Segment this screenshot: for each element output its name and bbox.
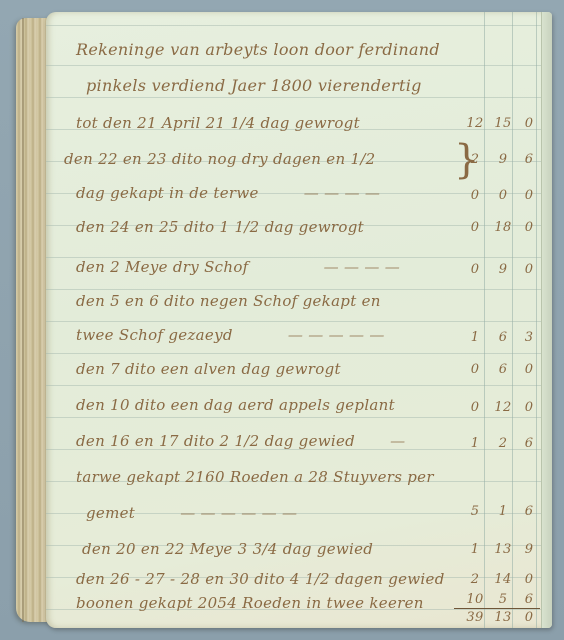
amount-penningen: 6 — [518, 592, 540, 607]
amount-guldens: 2 — [464, 572, 486, 587]
amount-stuivers: 12 — [492, 400, 514, 415]
amount-penningen: 9 — [518, 542, 540, 557]
amount-guldens: 2 — [464, 152, 486, 167]
ledger-title-line-1: Rekeninge van arbeyts loon door ferdinan… — [76, 40, 440, 59]
amount-stuivers: 2 — [492, 436, 514, 451]
column-rule-guldens — [484, 12, 485, 628]
ledger-entry: den 16 en 17 dito 2 1/2 dag gewied — — [76, 432, 405, 450]
amount-penningen: 0 — [518, 262, 540, 277]
amount-stuivers: 9 — [492, 262, 514, 277]
amount-penningen: 0 — [518, 116, 540, 131]
amount-stuivers: 5 — [492, 592, 514, 607]
ledger-entry-text: den 24 en 25 dito 1 1/2 dag gewrogt — [76, 218, 364, 236]
ledger-entry: twee Schof gezaeyd — — — — — — [76, 326, 385, 344]
amount-stuivers: 6 — [492, 330, 514, 345]
ledger-entry: den 2 Meye dry Schof — — — — — [76, 258, 400, 276]
amount-guldens: 0 — [464, 362, 486, 377]
ledger-entry-text: den 26 - 27 - 28 en 30 dito 4 1/2 dagen … — [76, 570, 445, 588]
amount-penningen: 0 — [518, 362, 540, 377]
dash-leader: — — — — — — [288, 326, 385, 344]
amount-guldens: 0 — [464, 262, 486, 277]
page-right-edge — [541, 12, 552, 628]
amount-penningen: 6 — [518, 504, 540, 519]
amount-guldens: 10 — [464, 592, 486, 607]
total-guldens: 39 — [464, 610, 486, 625]
ruled-lines — [46, 12, 552, 628]
amount-guldens: 12 — [464, 116, 486, 131]
amount-penningen: 6 — [518, 436, 540, 451]
amount-penningen: 6 — [518, 152, 540, 167]
ledger-entry-text: gemet — [86, 504, 135, 522]
ledger-entry-text: den 20 en 22 Meye 3 3/4 dag gewied — [82, 540, 373, 558]
amount-guldens: 1 — [464, 436, 486, 451]
amount-penningen: 0 — [518, 188, 540, 203]
ledger-entry: gemet — — — — — — — [86, 504, 297, 522]
amount-guldens: 0 — [464, 188, 486, 203]
ledger-entry-text: den 22 en 23 dito nog dry dagen en 1/2 — [64, 150, 376, 168]
ledger-title-line-2: pinkels verdiend Jaer 1800 vierendertig — [86, 76, 422, 95]
ledger-entry-text: tarwe gekapt 2160 Roeden a 28 Stuyvers p… — [76, 468, 434, 486]
amount-stuivers: 14 — [492, 572, 514, 587]
amount-penningen: 0 — [518, 400, 540, 415]
amount-stuivers: 6 — [492, 362, 514, 377]
amount-penningen: 0 — [518, 220, 540, 235]
ledger-entry-text: den 2 Meye dry Schof — [76, 258, 249, 276]
ledger-entry-text: tot den 21 April 21 1/4 dag gewrogt — [76, 114, 360, 132]
ledger-entry-text: den 16 en 17 dito 2 1/2 dag gewied — [76, 432, 355, 450]
total-penningen: 0 — [518, 610, 540, 625]
amount-guldens: 1 — [464, 542, 486, 557]
amount-guldens: 0 — [464, 220, 486, 235]
ledger-entry-text: dag gekapt in de terwe — [76, 184, 259, 202]
ledger-entry-text: den 5 en 6 dito negen Schof gekapt en — [76, 292, 381, 310]
total-stuivers: 13 — [492, 610, 514, 625]
dash-leader: — — — — — [324, 258, 400, 276]
amount-penningen: 3 — [518, 330, 540, 345]
column-rule-penningen — [536, 12, 537, 628]
dash-leader: — — — — — — — [180, 504, 297, 522]
amount-stuivers: 9 — [492, 152, 514, 167]
ledger-entry-text: den 10 dito een dag aerd appels geplant — [76, 396, 395, 414]
dash-leader: — — [390, 432, 405, 450]
ledger-entry: dag gekapt in de terwe — — — — — [76, 184, 380, 202]
total-underline — [454, 608, 540, 609]
amount-stuivers: 1 — [492, 504, 514, 519]
dash-leader: — — — — — [304, 184, 380, 202]
ledger-entry-text: boonen gekapt 2054 Roeden in twee keeren — [76, 594, 424, 612]
amount-guldens: 1 — [464, 330, 486, 345]
amount-stuivers: 18 — [492, 220, 514, 235]
ledger-page: Rekeninge van arbeyts loon door ferdinan… — [46, 12, 552, 628]
ledger-entry-text: den 7 dito een alven dag gewrogt — [76, 360, 341, 378]
amount-stuivers: 13 — [492, 542, 514, 557]
ledger-entry-text: twee Schof gezaeyd — [76, 326, 233, 344]
amount-guldens: 0 — [464, 400, 486, 415]
column-rule-stuivers — [512, 12, 513, 628]
amount-stuivers: 0 — [492, 188, 514, 203]
amount-stuivers: 15 — [492, 116, 514, 131]
amount-penningen: 0 — [518, 572, 540, 587]
amount-guldens: 5 — [464, 504, 486, 519]
